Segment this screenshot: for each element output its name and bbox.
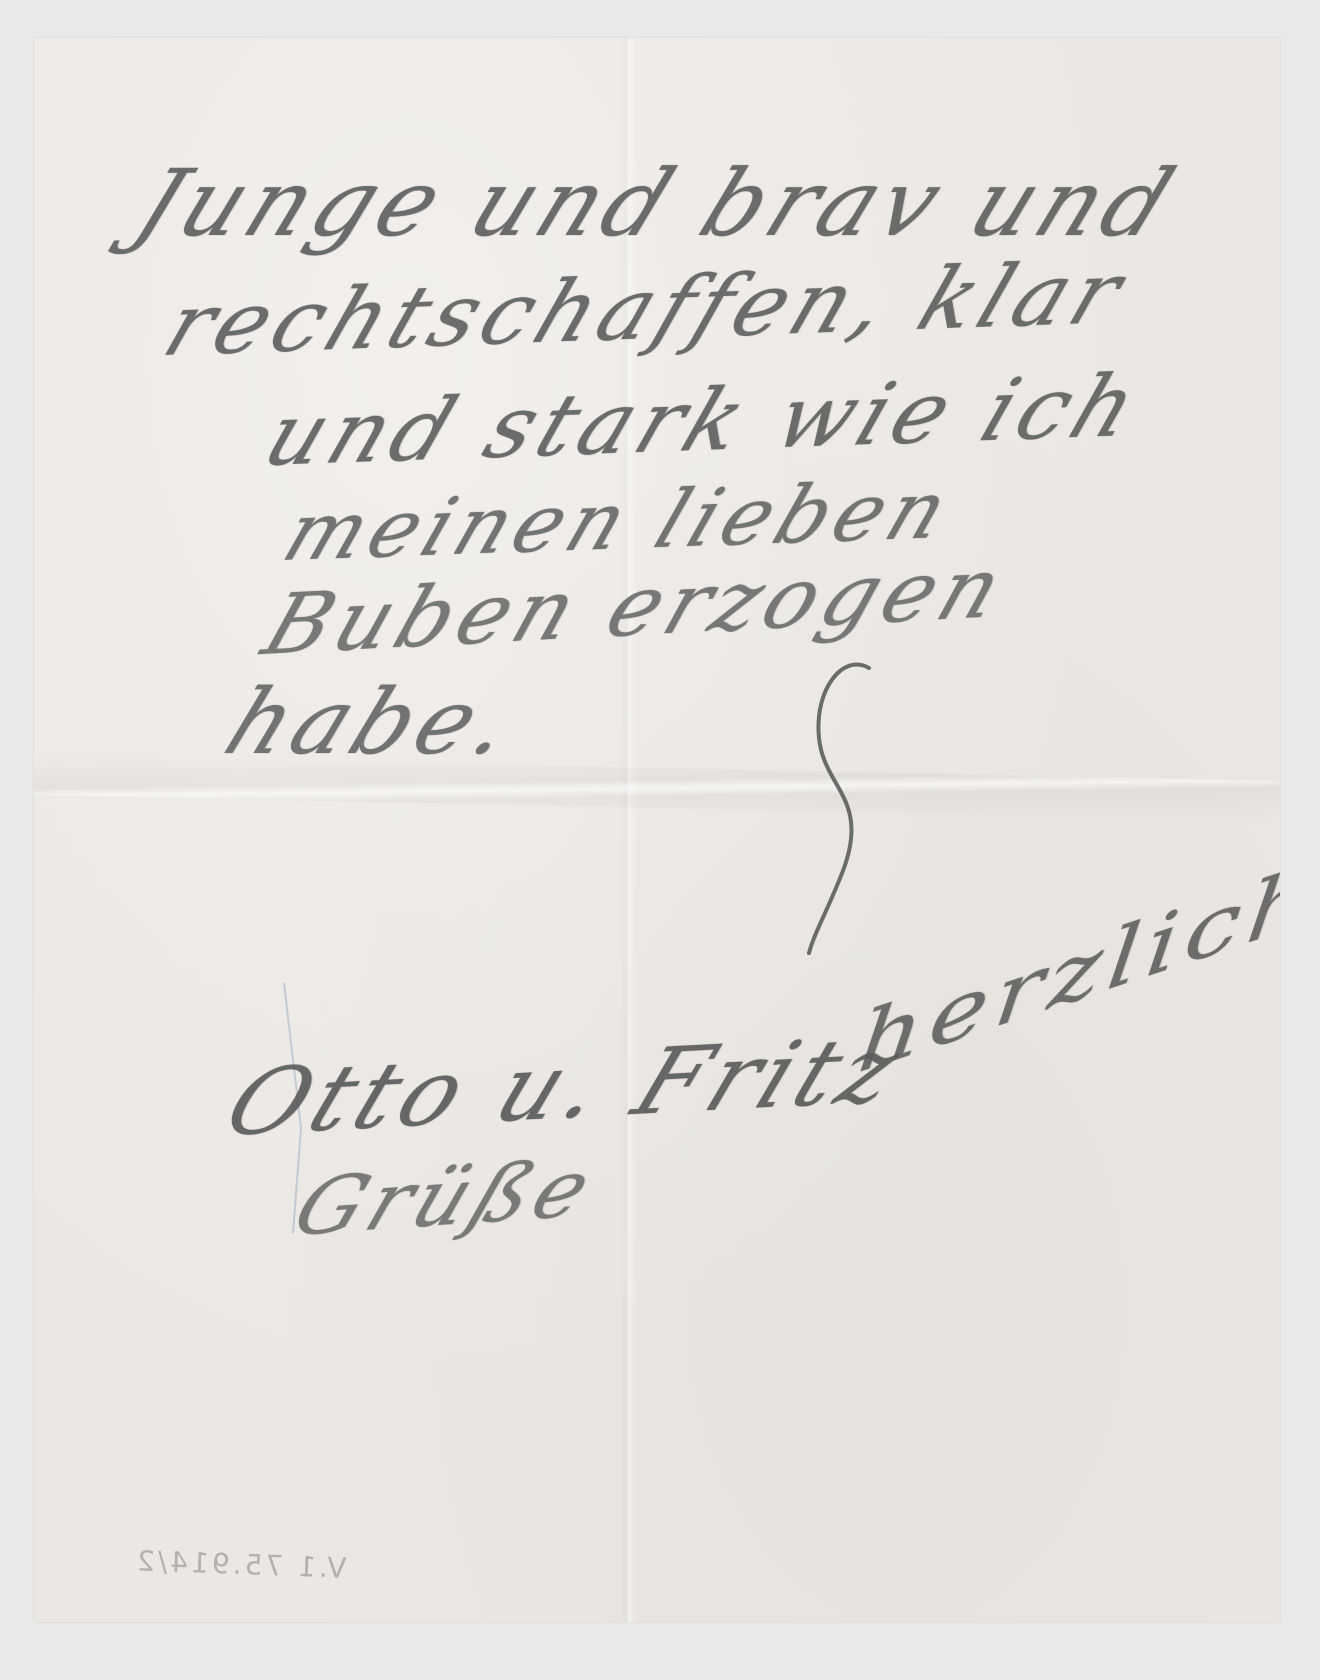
- letter-line-2: rechtschaffen, klar: [154, 250, 1138, 369]
- document-scan: Junge und brav und rechtschaffen, klar u…: [0, 0, 1320, 1680]
- closing-herzliche: herzliche: [854, 830, 1280, 1086]
- letter-line-1: Junge und brav und: [124, 158, 1190, 250]
- flourish-stroke-icon: [774, 648, 894, 968]
- signature-names: Otto u. Fritz: [214, 1024, 917, 1150]
- closing-gruesse: Grüße: [284, 1148, 607, 1248]
- letter-line-6: habe.: [214, 678, 531, 768]
- letter-sheet: Junge und brav und rechtschaffen, klar u…: [34, 38, 1280, 1622]
- archive-stamp: V.1 75.914/2: [133, 1544, 346, 1584]
- letter-line-3: und stark wie ich: [254, 363, 1153, 479]
